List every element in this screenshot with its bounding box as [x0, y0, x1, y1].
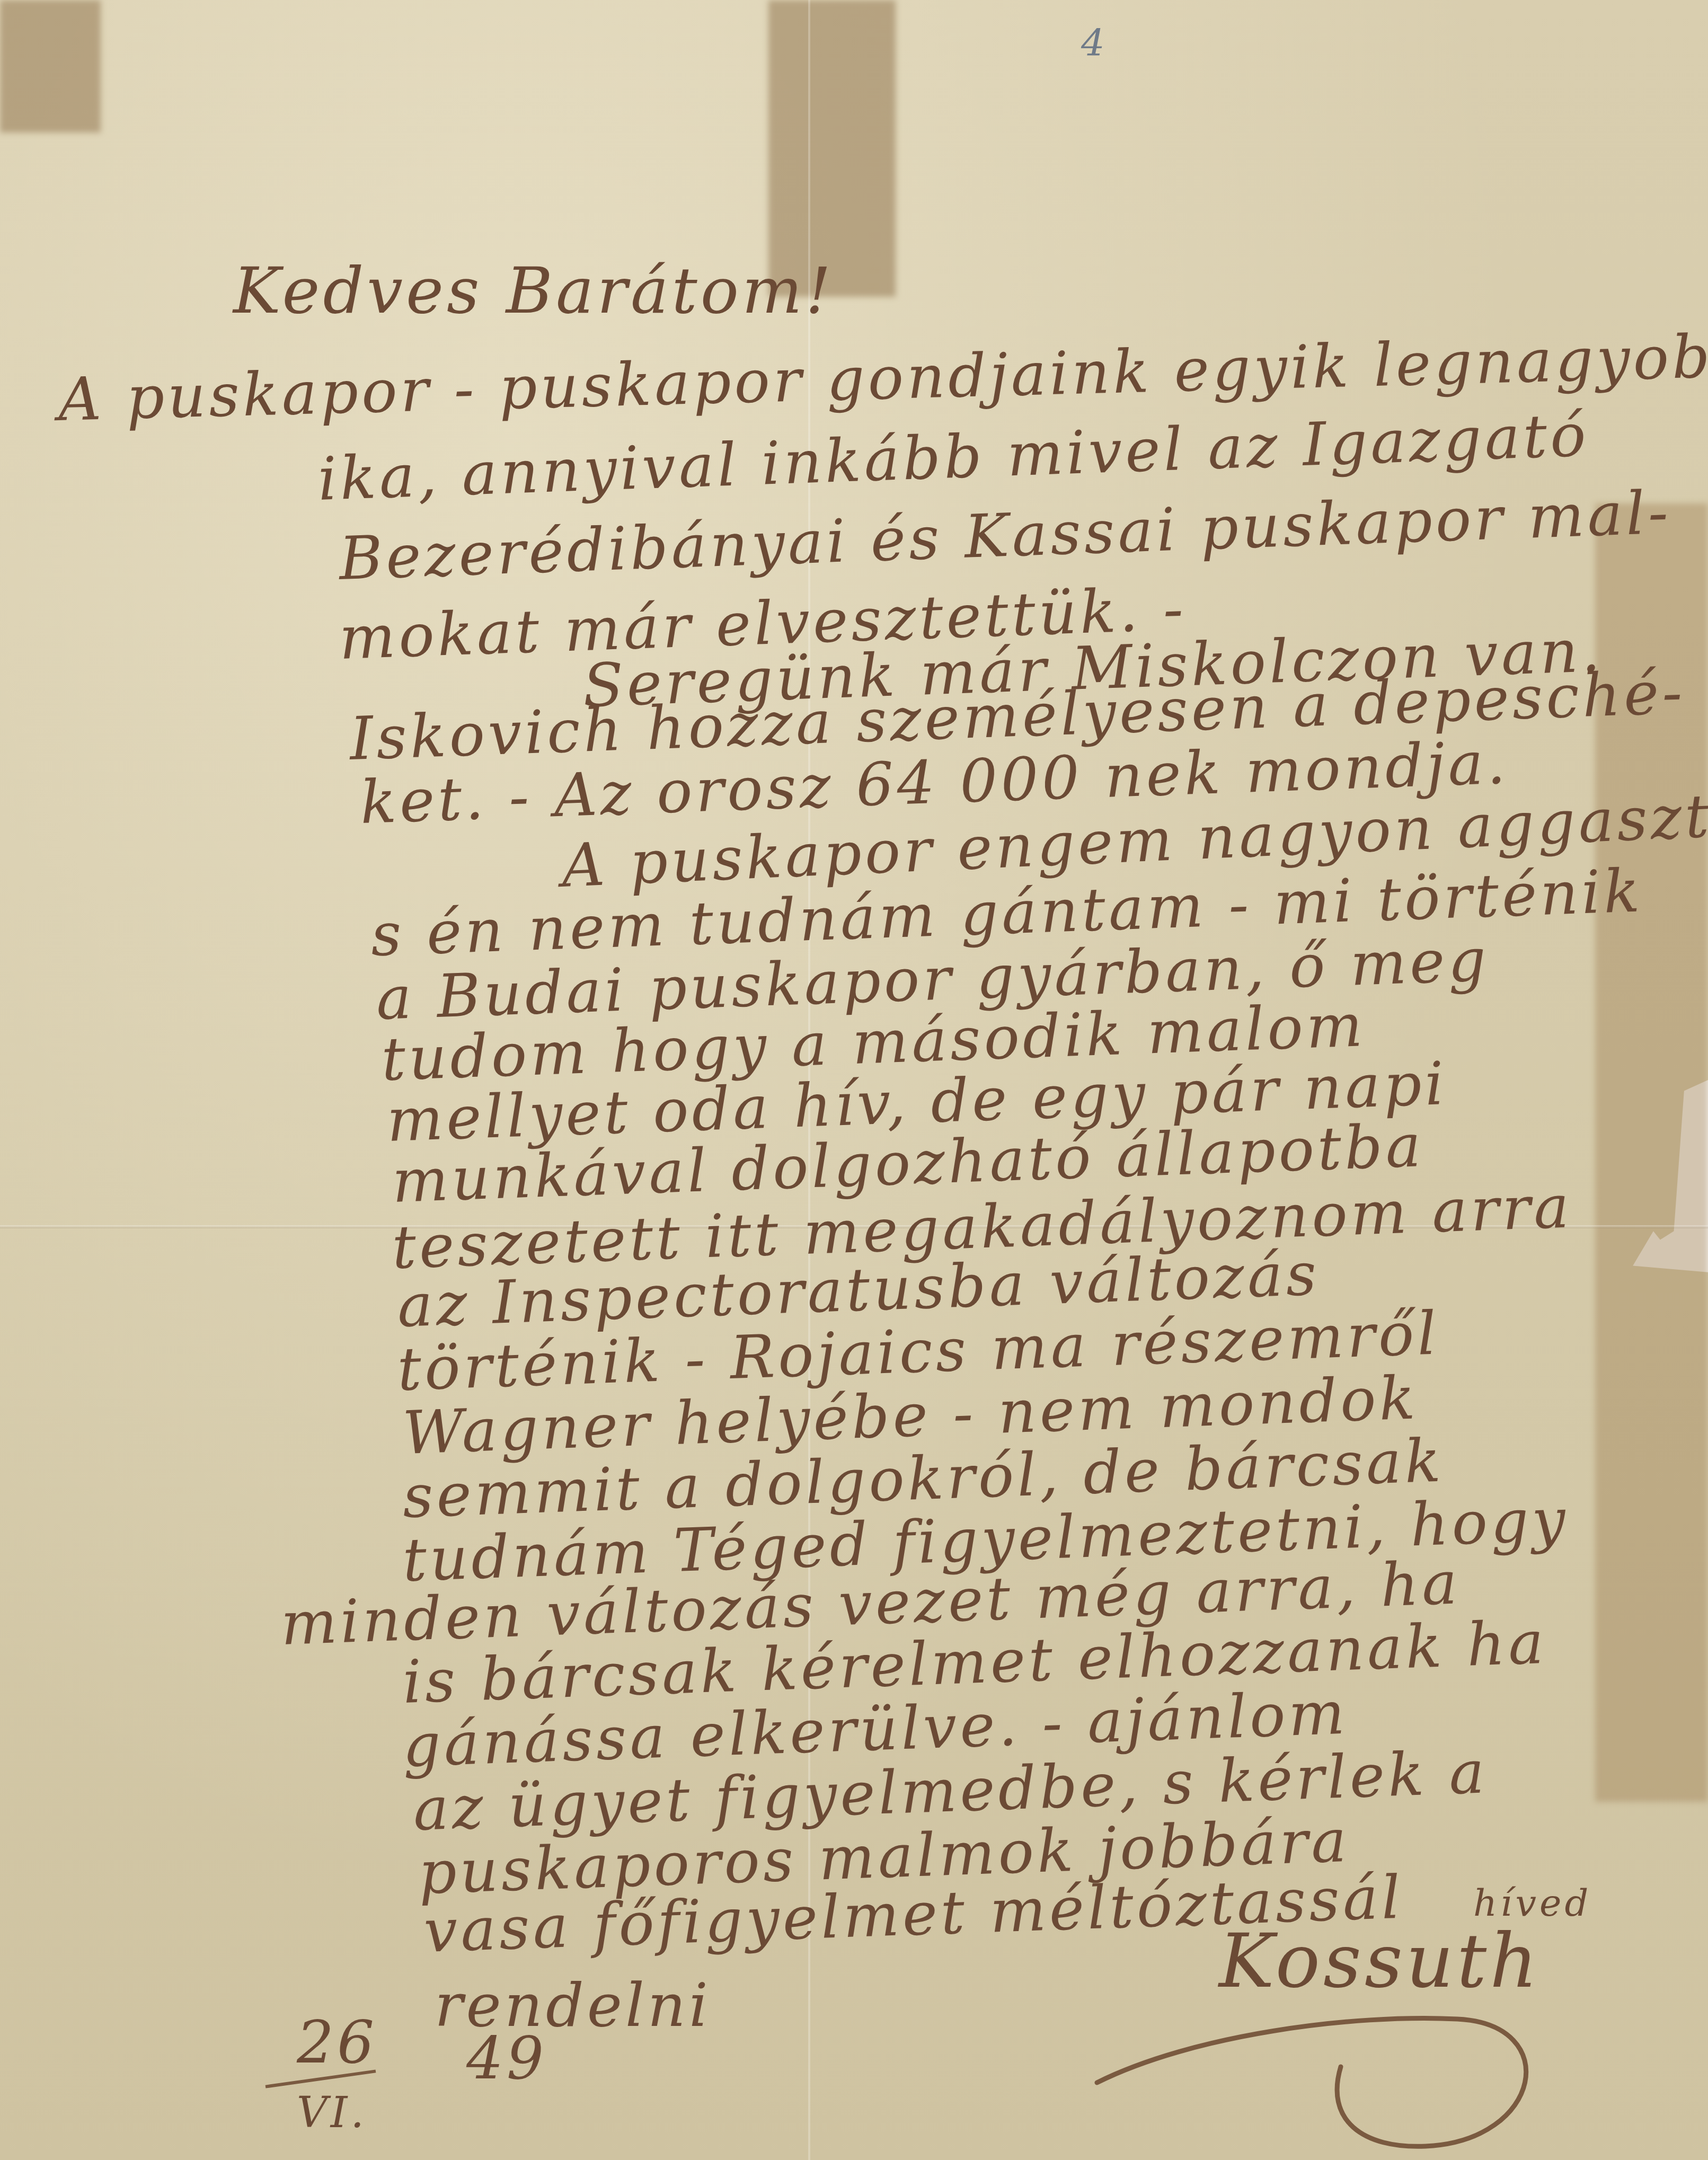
salutation: Kedves Barátom!	[233, 254, 834, 328]
signature: Kossuth	[1219, 1918, 1541, 2005]
page-number-mark: 4	[1081, 21, 1105, 65]
date-year: 49	[466, 2024, 547, 2092]
signature-flourish-icon	[1086, 2003, 1616, 2157]
tape-stain-top-center	[768, 0, 896, 297]
date-month: VI.	[297, 2088, 367, 2137]
tape-stain-top-left	[0, 0, 101, 132]
date-day: 26	[297, 2008, 377, 2076]
